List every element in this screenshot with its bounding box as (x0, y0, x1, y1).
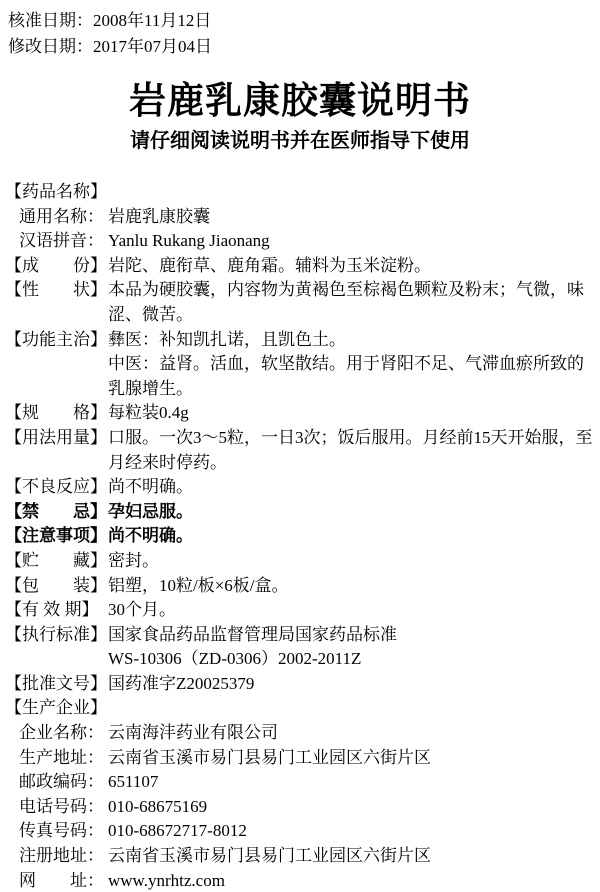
row-strength: 【规 格】 每粒装0.4g (5, 401, 594, 426)
row-drug-name-header: 【药品名称】 (5, 180, 594, 205)
field-label: 【规 格】 (5, 401, 108, 426)
field-value: 国家食品药品监督管理局国家药品标准 WS-10306（ZD-0306）2002-… (108, 623, 594, 672)
leaflet-body: 【药品名称】 通用名称： 岩鹿乳康胶囊 汉语拼音： Yanlu Rukang J… (0, 180, 600, 892)
field-label: 传真号码： (5, 819, 108, 844)
field-label: 【功能主治】 (5, 328, 108, 353)
field-value: 岩鹿乳康胶囊 (108, 205, 594, 230)
field-value: 铝塑，10粒/板×6板/盒。 (108, 574, 594, 599)
revision-date: 修改日期：2017年07月04日 (8, 34, 592, 60)
row-contraindications: 【禁 忌】 孕妇忌服。 (5, 500, 594, 525)
field-label: 【禁 忌】 (5, 500, 108, 525)
field-value: 彝医：补知凯扎诺，且凯色土。 中医：益肾。活血，软坚散结。用于肾阳不足、气滞血瘀… (108, 328, 594, 402)
row-postal-code: 邮政编码： 651107 (5, 770, 594, 795)
field-value: 岩陀、鹿衔草、鹿角霜。辅料为玉米淀粉。 (108, 254, 594, 279)
approval-date: 核准日期：2008年11月12日 (8, 8, 592, 34)
field-value: 密封。 (108, 549, 594, 574)
field-value: 010-68672717-8012 (108, 819, 594, 844)
field-label: 【性 状】 (5, 278, 108, 303)
field-value: 30个月。 (108, 598, 594, 623)
field-value: 尚不明确。 (108, 475, 594, 500)
row-approval-number: 【批准文号】 国药准字Z20025379 (5, 672, 594, 697)
field-value: 尚不明确。 (108, 524, 594, 549)
drug-leaflet-page: 核准日期：2008年11月12日 修改日期：2017年07月04日 岩鹿乳康胶囊… (0, 0, 600, 892)
field-label: 【生产企业】 (5, 696, 108, 721)
row-company-name: 企业名称： 云南海沣药业有限公司 (5, 721, 594, 746)
row-adverse-reactions: 【不良反应】 尚不明确。 (5, 475, 594, 500)
field-label: 【成 份】 (5, 254, 108, 279)
field-value: 010-68675169 (108, 795, 594, 820)
field-label: 【注意事项】 (5, 524, 108, 549)
row-dosage: 【用法用量】 口服。一次3～5粒，一日3次；饭后服用。月经前15天开始服，至月经… (5, 426, 594, 475)
field-label: 企业名称： (5, 721, 108, 746)
field-label: 注册地址： (5, 844, 108, 869)
row-fax-number: 传真号码： 010-68672717-8012 (5, 819, 594, 844)
field-label: 【贮 藏】 (5, 549, 108, 574)
row-registered-address: 注册地址： 云南省玉溪市易门县易门工业园区六街片区 (5, 844, 594, 869)
field-label: 汉语拼音： (5, 229, 108, 254)
indication-chinese-medicine: 中医：益肾。活血，软坚散结。用于肾阳不足、气滞血瘀所致的乳腺增生。 (108, 352, 594, 401)
field-value: Yanlu Rukang Jiaonang (108, 229, 594, 254)
row-packaging: 【包 装】 铝塑，10粒/板×6板/盒。 (5, 574, 594, 599)
standard-name: 国家食品药品监督管理局国家药品标准 (108, 623, 594, 648)
row-indications: 【功能主治】 彝医：补知凯扎诺，且凯色土。 中医：益肾。活血，软坚散结。用于肾阳… (5, 328, 594, 402)
row-precautions: 【注意事项】 尚不明确。 (5, 524, 594, 549)
field-value: www.ynrhtz.com (108, 869, 594, 892)
field-label: 【包 装】 (5, 574, 108, 599)
row-shelf-life: 【有 效 期】 30个月。 (5, 598, 594, 623)
field-value: 国药准字Z20025379 (108, 672, 594, 697)
row-phone-number: 电话号码： 010-68675169 (5, 795, 594, 820)
row-description: 【性 状】 本品为硬胶囊，内容物为黄褐色至棕褐色颗粒及粉末；气微，味涩、微苦。 (5, 278, 594, 327)
row-manufacturer-header: 【生产企业】 (5, 696, 594, 721)
field-value: 每粒装0.4g (108, 401, 594, 426)
date-block: 核准日期：2008年11月12日 修改日期：2017年07月04日 (0, 0, 600, 60)
field-value: 口服。一次3～5粒，一日3次；饭后服用。月经前15天开始服，至月经来时停药。 (108, 426, 594, 475)
row-executive-standard: 【执行标准】 国家食品药品监督管理局国家药品标准 WS-10306（ZD-030… (5, 623, 594, 672)
field-value: 651107 (108, 770, 594, 795)
field-label: 邮政编码： (5, 770, 108, 795)
row-generic-name: 通用名称： 岩鹿乳康胶囊 (5, 205, 594, 230)
field-label: 【批准文号】 (5, 672, 108, 697)
standard-number: WS-10306（ZD-0306）2002-2011Z (108, 647, 594, 672)
row-website: 网 址： www.ynrhtz.com (5, 869, 594, 892)
field-value: 云南海沣药业有限公司 (108, 721, 594, 746)
field-label: 【有 效 期】 (5, 598, 108, 623)
row-production-address: 生产地址： 云南省玉溪市易门县易门工业园区六街片区 (5, 746, 594, 771)
field-label: 通用名称： (5, 205, 108, 230)
field-label: 【不良反应】 (5, 475, 108, 500)
field-label: 网 址： (5, 869, 108, 892)
field-value: 孕妇忌服。 (108, 500, 594, 525)
field-label: 生产地址： (5, 746, 108, 771)
row-storage: 【贮 藏】 密封。 (5, 549, 594, 574)
field-value: 本品为硬胶囊，内容物为黄褐色至棕褐色颗粒及粉末；气微，味涩、微苦。 (108, 278, 594, 327)
field-value: 云南省玉溪市易门县易门工业园区六街片区 (108, 844, 594, 869)
indication-yi-medicine: 彝医：补知凯扎诺，且凯色土。 (108, 328, 594, 353)
field-label: 电话号码： (5, 795, 108, 820)
page-title: 岩鹿乳康胶囊说明书 (0, 82, 600, 122)
field-value: 云南省玉溪市易门县易门工业园区六街片区 (108, 746, 594, 771)
field-label: 【药品名称】 (5, 180, 108, 205)
row-ingredients: 【成 份】 岩陀、鹿衔草、鹿角霜。辅料为玉米淀粉。 (5, 254, 594, 279)
row-pinyin-name: 汉语拼音： Yanlu Rukang Jiaonang (5, 229, 594, 254)
field-label: 【执行标准】 (5, 623, 108, 648)
page-subtitle: 请仔细阅读说明书并在医师指导下使用 (0, 129, 600, 153)
field-label: 【用法用量】 (5, 426, 108, 451)
